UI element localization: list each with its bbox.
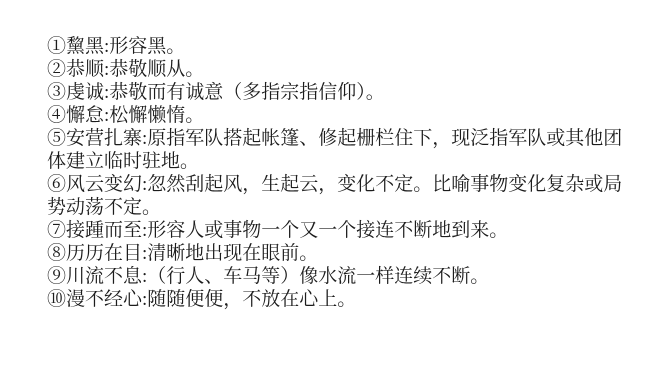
definition-item: ⑨川流不息:（行人、车马等）像水流一样连续不断。 [47, 265, 625, 288]
definition-item: ⑩漫不经心:随随便便，不放在心上。 [47, 288, 625, 311]
definition-item: ⑦接踵而至:形容人或事物一个又一个接连不断地到来。 [47, 219, 625, 242]
definition-item: ⑤安营扎寨:原指军队搭起帐篷、修起栅栏住下，现泛指军队或其他团体建立临时驻地。 [47, 127, 625, 173]
definition-item: ②恭顺:恭敬顺从。 [47, 58, 625, 81]
definition-item: ③虔诚:恭敬而有诚意（多指宗指信仰）。 [47, 81, 625, 104]
definition-item: ④懈怠:松懈懒惰。 [47, 104, 625, 127]
definition-item: ⑥风云变幻:忽然刮起风，生起云，变化不定。比喻事物变化复杂或局势动荡不定。 [47, 173, 625, 219]
slide-canvas: ①黧黑:形容黑。②恭顺:恭敬顺从。③虔诚:恭敬而有诚意（多指宗指信仰）。④懈怠:… [0, 0, 668, 376]
definition-item: ⑧历历在目:清晰地出现在眼前。 [47, 242, 625, 265]
definition-item: ①黧黑:形容黑。 [47, 35, 625, 58]
definitions-list: ①黧黑:形容黑。②恭顺:恭敬顺从。③虔诚:恭敬而有诚意（多指宗指信仰）。④懈怠:… [47, 35, 625, 311]
